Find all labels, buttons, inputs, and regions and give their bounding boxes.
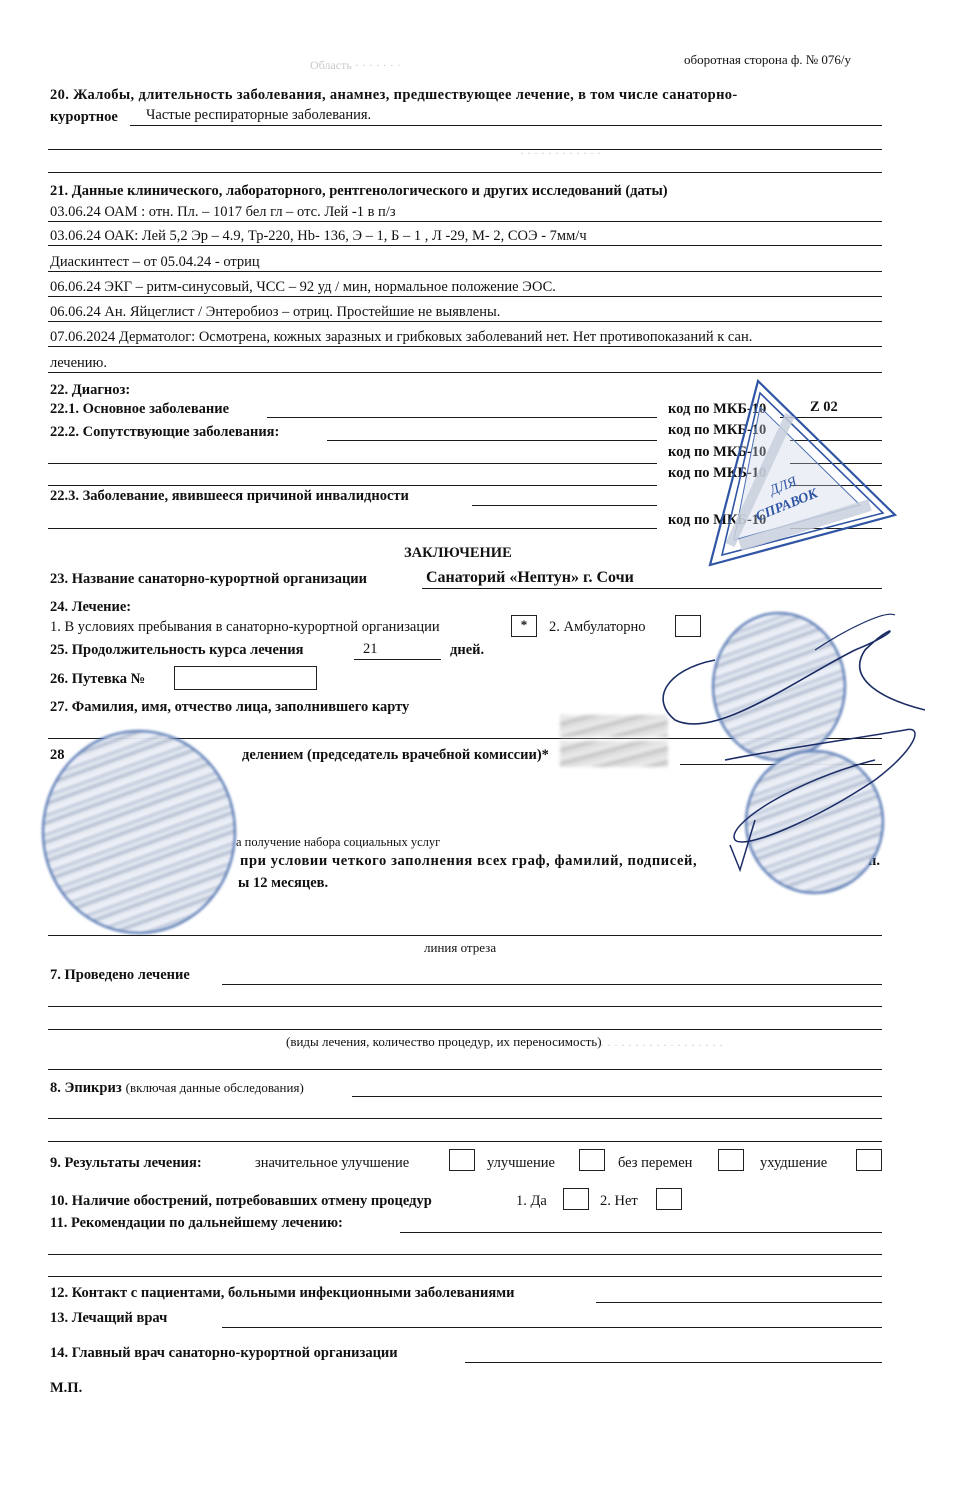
item-7-field[interactable] [222, 984, 882, 985]
item-11-field-3[interactable] [48, 1276, 882, 1277]
item-8-field-2[interactable] [48, 1118, 882, 1119]
section-22-title: 22. Диагноз: [50, 382, 130, 399]
comorbid-field[interactable] [327, 440, 657, 441]
underline [48, 221, 882, 222]
exam-entry[interactable]: Диаскинтест – от 05.04.24 - отриц [50, 254, 260, 271]
exam-entry[interactable]: 06.06.24 Ан. Яйцеглист / Энтеробиоз – от… [50, 304, 500, 321]
show-through-text: · · · · · · · · · · · · · · · · · · [600, 1038, 723, 1053]
comorbid-label: 22.2. Сопутствующие заболевания: [50, 424, 279, 441]
voucher-field[interactable] [174, 666, 317, 690]
item-13-label: 13. Лечащий врач [50, 1310, 167, 1327]
item-10-yes-checkbox[interactable] [563, 1188, 589, 1210]
item-7-caption: (виды лечения, количество процедур, их п… [286, 1034, 602, 1050]
comorbid-field-2[interactable] [48, 463, 657, 464]
result-label: улучшение [487, 1155, 555, 1172]
cut-line-label: линия отреза [424, 940, 496, 956]
item-10-yes-label: 1. Да [516, 1193, 547, 1210]
head-label-number: 28 [50, 747, 65, 764]
result-label: без перемен [618, 1155, 692, 1172]
exam-entry[interactable]: 07.06.2024 Дерматолог: Осмотрена, кожных… [50, 329, 752, 346]
underline [48, 1069, 882, 1070]
disability-field-2[interactable] [48, 528, 657, 529]
item-9-label: 9. Результаты лечения: [50, 1155, 202, 1172]
result-checkbox-improvement[interactable] [579, 1149, 605, 1171]
section-20-label-cont: курортное [50, 109, 118, 126]
item-8-label-group: 8. Эпикриз (включая данные обследования) [50, 1079, 304, 1097]
round-seal-redacted [42, 730, 236, 934]
item-7-field-2[interactable] [48, 1006, 882, 1007]
signature-icon [645, 590, 935, 900]
exam-entry[interactable]: 06.06.24 ЭКГ – ритм-синусовый, ЧСС – 92 … [50, 279, 556, 296]
stamp-place-label: М.П. [50, 1380, 82, 1397]
item-14-field[interactable] [465, 1362, 882, 1363]
cut-line [48, 935, 882, 936]
section-21-label: 21. Данные клинического, лабораторного, … [50, 183, 668, 200]
underline [48, 245, 882, 246]
org-label: 23. Название санаторно-курортной организ… [50, 571, 367, 588]
exam-entry[interactable]: 03.06.24 ОАМ : отн. Пл. – 1017 бел гл – … [50, 204, 396, 221]
underline [48, 149, 882, 150]
triangle-stamp-icon: ДЛЯ СПРАВОК [700, 375, 900, 575]
underline [422, 588, 882, 589]
exam-entry[interactable]: лечению. [50, 355, 107, 372]
item-8-field[interactable] [352, 1096, 882, 1097]
item-11-label: 11. Рекомендации по дальнейшему лечению: [50, 1215, 343, 1232]
disability-label: 22.3. Заболевание, явившееся причиной ин… [50, 488, 409, 505]
duration-unit: дней. [450, 642, 484, 659]
item-12-label: 12. Контакт с пациентами, больными инфек… [50, 1285, 514, 1302]
conclusion-title: ЗАКЛЮЧЕНИЕ [404, 545, 512, 562]
item-7-label: 7. Проведено лечение [50, 967, 190, 984]
item-14-label: 14. Главный врач санаторно-курортной орг… [50, 1345, 398, 1362]
result-checkbox-worsening[interactable] [856, 1149, 882, 1171]
treatment-option-2-label: 2. Амбулаторно [549, 619, 646, 636]
footnote-line-1: а получение набора социальных услуг [236, 835, 440, 850]
underline [48, 346, 882, 347]
exam-entry[interactable]: 03.06.24 ОАК: Лей 5,2 Эр – 4.9, Тр-220, … [50, 228, 587, 245]
disability-field[interactable] [472, 505, 657, 506]
item-8-field-3[interactable] [48, 1141, 882, 1142]
underline [354, 659, 441, 660]
underline [48, 296, 882, 297]
underline [48, 321, 882, 322]
result-label: ухудшение [760, 1155, 827, 1172]
treatment-option-1-label: 1. В условиях пребывания в санаторно-кур… [50, 619, 440, 636]
result-checkbox-significant-improvement[interactable] [449, 1149, 475, 1171]
item-12-field[interactable] [596, 1302, 882, 1303]
complaints-value[interactable]: Частые респираторные заболевания. [146, 107, 371, 124]
item-7-field-3[interactable] [48, 1029, 882, 1030]
voucher-label: 26. Путевка № [50, 671, 145, 688]
item-10-no-checkbox[interactable] [656, 1188, 682, 1210]
footnote-line-3: ы 12 месяцев. [238, 875, 328, 892]
filler-label: 27. Фамилия, имя, отчество лица, заполни… [50, 699, 409, 716]
item-8-sub: (включая данные обследования) [126, 1080, 304, 1095]
org-value[interactable]: Санаторий «Нептун» г. Сочи [426, 569, 634, 587]
form-side-label: оборотная сторона ф. № 076/у [684, 52, 851, 68]
item-10-label: 10. Наличие обострений, потребовавших от… [50, 1193, 432, 1210]
item-13-field[interactable] [222, 1327, 882, 1328]
treatment-label: 24. Лечение: [50, 599, 131, 616]
treatment-option-1-checkbox[interactable]: * [511, 615, 537, 637]
show-through-text: Область · · · · · · · [310, 58, 401, 73]
underline [48, 271, 882, 272]
duration-value[interactable]: 21 [363, 641, 378, 658]
item-8-label: 8. Эпикриз [50, 1080, 122, 1096]
item-10-no-label: 2. Нет [600, 1193, 638, 1210]
comorbid-field-3[interactable] [48, 485, 657, 486]
footnote-line-2: при условии четкого заполнения всех граф… [240, 853, 697, 870]
result-label: значительное улучшение [255, 1155, 409, 1172]
item-11-field-2[interactable] [48, 1254, 882, 1255]
result-checkbox-no-change[interactable] [718, 1149, 744, 1171]
underline [48, 172, 882, 173]
main-disease-field[interactable] [267, 417, 657, 418]
main-disease-label: 22.1. Основное заболевание [50, 401, 229, 418]
item-11-field[interactable] [400, 1232, 882, 1233]
section-20-label: 20. Жалобы, длительность заболевания, ан… [50, 87, 738, 104]
head-label: делением (председатель врачебной комисси… [242, 747, 549, 764]
underline [48, 372, 882, 373]
underline [130, 125, 882, 126]
duration-label: 25. Продолжительность курса лечения [50, 642, 303, 659]
